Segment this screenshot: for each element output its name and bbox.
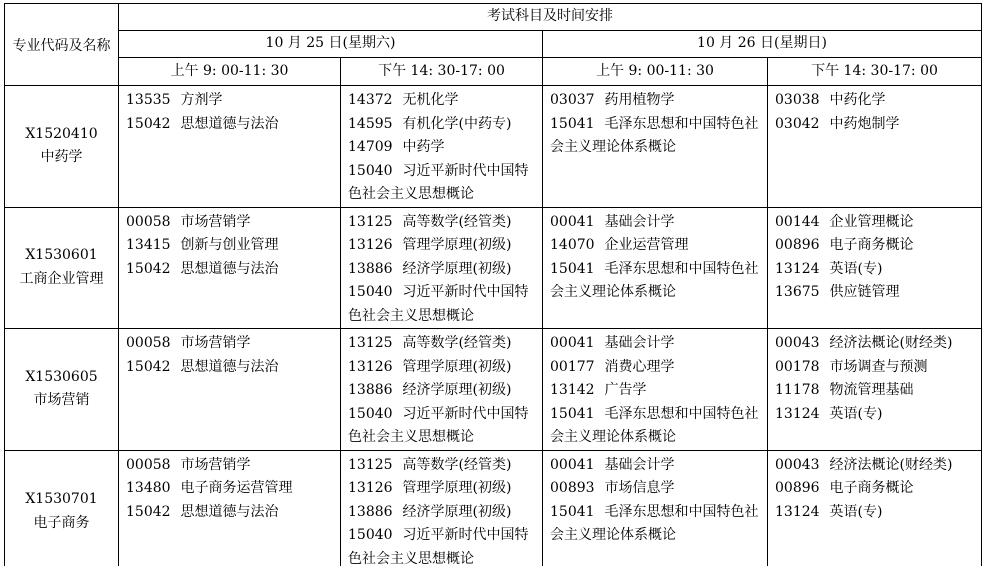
course-code: 15041 — [550, 504, 605, 520]
course-item: 00896电子商务概论 — [775, 477, 976, 501]
course-code: 00177 — [550, 359, 605, 375]
course-cell: 03038中药化学03042中药炮制学 — [768, 86, 982, 208]
date-cell-sat: 10 月 25 日(星期六) — [119, 31, 543, 58]
course-cell: 03037药用植物学15041毛泽东思想和中国特色社会主义理论体系概论 — [543, 86, 768, 208]
course-item: 13124英语(专) — [775, 258, 976, 282]
course-title: 电子商务运营管理 — [181, 480, 293, 496]
course-item: 15040习近平新时代中国特色社会主义思想概论 — [348, 524, 537, 566]
course-item: 11178物流管理基础 — [775, 379, 976, 403]
course-item: 14709中药学 — [348, 136, 537, 160]
course-cell: 00058市场营销学15042思想道德与法治 — [119, 329, 341, 451]
course-title: 市场营销学 — [181, 214, 251, 230]
time-cell-sat-am: 上午 9: 00-11: 30 — [119, 58, 341, 86]
major-name: 中药学 — [7, 146, 116, 170]
time-cell-sun-am: 上午 9: 00-11: 30 — [543, 58, 768, 86]
course-code: 13124 — [775, 261, 830, 277]
course-item: 13415创新与创业管理 — [126, 234, 335, 258]
course-code: 13886 — [348, 261, 403, 277]
course-item: 15042思想道德与法治 — [126, 113, 335, 137]
course-title: 管理学原理(初级) — [403, 237, 512, 253]
course-item: 15041毛泽东思想和中国特色社会主义理论体系概论 — [550, 113, 762, 160]
course-item: 03037药用植物学 — [550, 89, 762, 113]
date-cell-sun: 10 月 26 日(星期日) — [543, 31, 982, 58]
course-item: 15040习近平新时代中国特色社会主义思想概论 — [348, 281, 537, 328]
course-code: 14709 — [348, 139, 403, 155]
course-code: 15042 — [126, 504, 181, 520]
course-cell: 00144企业管理概论00896电子商务概论13124英语(专)13675供应链… — [768, 207, 982, 329]
course-code: 00041 — [550, 214, 605, 230]
course-item: 15041毛泽东思想和中国特色社会主义理论体系概论 — [550, 403, 762, 450]
course-item: 00043经济法概论(财经类) — [775, 332, 976, 356]
course-code: 13142 — [550, 382, 605, 398]
course-code: 14070 — [550, 237, 605, 253]
course-title: 药用植物学 — [605, 92, 675, 108]
course-code: 00041 — [550, 457, 605, 473]
course-item: 13535方剂学 — [126, 89, 335, 113]
course-title: 市场营销学 — [181, 335, 251, 351]
course-item: 15040习近平新时代中国特色社会主义思想概论 — [348, 160, 537, 207]
exam-schedule-page: 专业代码及名称 考试科目及时间安排 10 月 25 日(星期六) 10 月 26… — [0, 0, 984, 566]
course-title: 基础会计学 — [605, 457, 675, 473]
course-code: 00178 — [775, 359, 830, 375]
course-item: 03042中药炮制学 — [775, 113, 976, 137]
course-cell: 00043经济法概论(财经类)00178市场调查与预测11178物流管理基础13… — [768, 329, 982, 451]
course-item: 13124英语(专) — [775, 501, 976, 525]
course-code: 15042 — [126, 359, 181, 375]
course-code: 15041 — [550, 406, 605, 422]
course-code: 13126 — [348, 359, 403, 375]
course-code: 14595 — [348, 116, 403, 132]
course-title: 高等数学(经管类) — [403, 335, 512, 351]
course-item: 00058市场营销学 — [126, 332, 335, 356]
corner-header-cell: 专业代码及名称 — [5, 4, 119, 86]
course-item: 00058市场营销学 — [126, 454, 335, 478]
course-code: 15040 — [348, 163, 403, 179]
course-code: 13125 — [348, 214, 403, 230]
course-cell: 00043经济法概论(财经类)00896电子商务概论13124英语(专) — [768, 450, 982, 566]
course-title: 英语(专) — [830, 261, 883, 277]
course-item: 13480电子商务运营管理 — [126, 477, 335, 501]
course-title: 市场信息学 — [605, 480, 675, 496]
course-code: 13125 — [348, 335, 403, 351]
course-title: 经济学原理(初级) — [403, 261, 512, 277]
course-item: 00041基础会计学 — [550, 454, 762, 478]
course-code: 15042 — [126, 116, 181, 132]
course-item: 15040习近平新时代中国特色社会主义思想概论 — [348, 403, 537, 450]
course-title: 基础会计学 — [605, 335, 675, 351]
course-title: 方剂学 — [181, 92, 223, 108]
course-code: 13535 — [126, 92, 181, 108]
course-code: 00144 — [775, 214, 830, 230]
major-code: X1530605 — [7, 366, 116, 390]
course-code: 15042 — [126, 261, 181, 277]
table-row: X1530605市场营销00058市场营销学15042思想道德与法治13125高… — [5, 329, 982, 451]
major-code: X1530701 — [7, 488, 116, 512]
course-title: 电子商务概论 — [830, 237, 914, 253]
course-title: 经济法概论(财经类) — [830, 457, 953, 473]
course-code: 00058 — [126, 214, 181, 230]
course-title: 思想道德与法治 — [181, 504, 279, 520]
course-code: 15040 — [348, 527, 403, 543]
major-code: X1530601 — [7, 244, 116, 268]
course-item: 13124英语(专) — [775, 403, 976, 427]
course-code: 13675 — [775, 284, 830, 300]
course-item: 13675供应链管理 — [775, 281, 976, 305]
course-code: 00043 — [775, 335, 830, 351]
course-item: 00041基础会计学 — [550, 211, 762, 235]
course-title: 市场营销学 — [181, 457, 251, 473]
course-title: 中药学 — [403, 139, 445, 155]
course-item: 13126管理学原理(初级) — [348, 356, 537, 380]
course-item: 13886经济学原理(初级) — [348, 379, 537, 403]
schedule-header: 专业代码及名称 考试科目及时间安排 10 月 25 日(星期六) 10 月 26… — [5, 4, 982, 86]
course-title: 创新与创业管理 — [181, 237, 279, 253]
course-code: 15040 — [348, 406, 403, 422]
course-title: 市场调查与预测 — [830, 359, 928, 375]
course-code: 15041 — [550, 116, 605, 132]
course-cell: 00041基础会计学14070企业运营管理15041毛泽东思想和中国特色社会主义… — [543, 207, 768, 329]
course-title: 管理学原理(初级) — [403, 480, 512, 496]
header-row-times: 上午 9: 00-11: 30 下午 14: 30-17: 00 上午 9: 0… — [5, 58, 982, 86]
course-item: 13126管理学原理(初级) — [348, 477, 537, 501]
course-cell: 00041基础会计学00177消费心理学13142广告学15041毛泽东思想和中… — [543, 329, 768, 451]
course-item: 00144企业管理概论 — [775, 211, 976, 235]
course-code: 00058 — [126, 457, 181, 473]
major-name: 市场营销 — [7, 389, 116, 413]
course-code: 13480 — [126, 480, 181, 496]
course-item: 03038中药化学 — [775, 89, 976, 113]
course-title: 经济学原理(初级) — [403, 382, 512, 398]
course-code: 03037 — [550, 92, 605, 108]
course-cell: 13125高等数学(经管类)13126管理学原理(初级)13886经济学原理(初… — [341, 207, 543, 329]
course-item: 13142广告学 — [550, 379, 762, 403]
course-code: 00896 — [775, 237, 830, 253]
major-name: 电子商务 — [7, 512, 116, 536]
course-item: 00896电子商务概论 — [775, 234, 976, 258]
course-item: 15041毛泽东思想和中国特色社会主义理论体系概论 — [550, 501, 762, 548]
course-item: 00893市场信息学 — [550, 477, 762, 501]
course-item: 00043经济法概论(财经类) — [775, 454, 976, 478]
course-code: 15041 — [550, 261, 605, 277]
course-title: 高等数学(经管类) — [403, 214, 512, 230]
major-cell: X1520410中药学 — [5, 86, 119, 208]
course-item: 13125高等数学(经管类) — [348, 454, 537, 478]
course-item: 13125高等数学(经管类) — [348, 211, 537, 235]
course-code: 13126 — [348, 237, 403, 253]
course-code: 13126 — [348, 480, 403, 496]
course-title: 中药炮制学 — [830, 116, 900, 132]
course-title: 企业运营管理 — [605, 237, 689, 253]
course-item: 14595有机化学(中药专) — [348, 113, 537, 137]
course-item: 15042思想道德与法治 — [126, 258, 335, 282]
course-code: 00893 — [550, 480, 605, 496]
course-title: 供应链管理 — [830, 284, 900, 300]
course-item: 00058市场营销学 — [126, 211, 335, 235]
course-code: 13124 — [775, 406, 830, 422]
course-title: 电子商务概论 — [830, 480, 914, 496]
course-code: 13124 — [775, 504, 830, 520]
course-cell: 00058市场营销学13415创新与创业管理15042思想道德与法治 — [119, 207, 341, 329]
course-code: 00058 — [126, 335, 181, 351]
course-code: 03038 — [775, 92, 830, 108]
course-code: 13886 — [348, 504, 403, 520]
schedule-body: X1520410中药学13535方剂学15042思想道德与法治14372无机化学… — [5, 86, 982, 566]
course-title: 英语(专) — [830, 406, 883, 422]
major-cell: X1530601工商企业管理 — [5, 207, 119, 329]
course-code: 13125 — [348, 457, 403, 473]
course-code: 13886 — [348, 382, 403, 398]
course-code: 14372 — [348, 92, 403, 108]
course-title: 管理学原理(初级) — [403, 359, 512, 375]
course-item: 15041毛泽东思想和中国特色社会主义理论体系概论 — [550, 258, 762, 305]
course-cell: 13125高等数学(经管类)13126管理学原理(初级)13886经济学原理(初… — [341, 450, 543, 566]
course-title: 有机化学(中药专) — [403, 116, 512, 132]
course-item: 13886经济学原理(初级) — [348, 501, 537, 525]
course-title: 无机化学 — [403, 92, 459, 108]
time-cell-sun-pm: 下午 14: 30-17: 00 — [768, 58, 982, 86]
course-title: 思想道德与法治 — [181, 261, 279, 277]
course-cell: 00058市场营销学13480电子商务运营管理15042思想道德与法治 — [119, 450, 341, 566]
course-title: 企业管理概论 — [830, 214, 914, 230]
course-item: 14372无机化学 — [348, 89, 537, 113]
course-cell: 00041基础会计学00893市场信息学15041毛泽东思想和中国特色社会主义理… — [543, 450, 768, 566]
course-title: 经济法概论(财经类) — [830, 335, 953, 351]
course-title: 物流管理基础 — [830, 382, 914, 398]
course-item: 15042思想道德与法治 — [126, 356, 335, 380]
course-title: 中药化学 — [830, 92, 886, 108]
course-item: 13125高等数学(经管类) — [348, 332, 537, 356]
course-code: 11178 — [775, 382, 830, 398]
course-code: 13415 — [126, 237, 181, 253]
major-name: 工商企业管理 — [7, 268, 116, 292]
course-item: 15042思想道德与法治 — [126, 501, 335, 525]
course-cell: 13535方剂学15042思想道德与法治 — [119, 86, 341, 208]
major-cell: X1530605市场营销 — [5, 329, 119, 451]
exam-schedule-table: 专业代码及名称 考试科目及时间安排 10 月 25 日(星期六) 10 月 26… — [4, 3, 982, 566]
course-item: 13126管理学原理(初级) — [348, 234, 537, 258]
course-title: 广告学 — [605, 382, 647, 398]
course-title: 英语(专) — [830, 504, 883, 520]
major-cell: X1530701电子商务 — [5, 450, 119, 566]
course-item: 13886经济学原理(初级) — [348, 258, 537, 282]
course-item: 14070企业运营管理 — [550, 234, 762, 258]
course-title: 基础会计学 — [605, 214, 675, 230]
course-title: 消费心理学 — [605, 359, 675, 375]
course-code: 00896 — [775, 480, 830, 496]
course-item: 00178市场调查与预测 — [775, 356, 976, 380]
main-header-cell: 考试科目及时间安排 — [119, 4, 982, 31]
major-code: X1520410 — [7, 123, 116, 147]
header-row-main: 专业代码及名称 考试科目及时间安排 — [5, 4, 982, 31]
course-code: 15040 — [348, 284, 403, 300]
header-row-dates: 10 月 25 日(星期六) 10 月 26 日(星期日) — [5, 31, 982, 58]
course-item: 00177消费心理学 — [550, 356, 762, 380]
time-cell-sat-pm: 下午 14: 30-17: 00 — [341, 58, 543, 86]
course-code: 03042 — [775, 116, 830, 132]
course-title: 经济学原理(初级) — [403, 504, 512, 520]
table-row: X1530601工商企业管理00058市场营销学13415创新与创业管理1504… — [5, 207, 982, 329]
course-cell: 13125高等数学(经管类)13126管理学原理(初级)13886经济学原理(初… — [341, 329, 543, 451]
course-title: 思想道德与法治 — [181, 116, 279, 132]
table-row: X1520410中药学13535方剂学15042思想道德与法治14372无机化学… — [5, 86, 982, 208]
course-item: 00041基础会计学 — [550, 332, 762, 356]
table-row: X1530701电子商务00058市场营销学13480电子商务运营管理15042… — [5, 450, 982, 566]
course-title: 思想道德与法治 — [181, 359, 279, 375]
course-code: 00041 — [550, 335, 605, 351]
course-title: 高等数学(经管类) — [403, 457, 512, 473]
course-code: 00043 — [775, 457, 830, 473]
course-cell: 14372无机化学14595有机化学(中药专)14709中药学15040习近平新… — [341, 86, 543, 208]
